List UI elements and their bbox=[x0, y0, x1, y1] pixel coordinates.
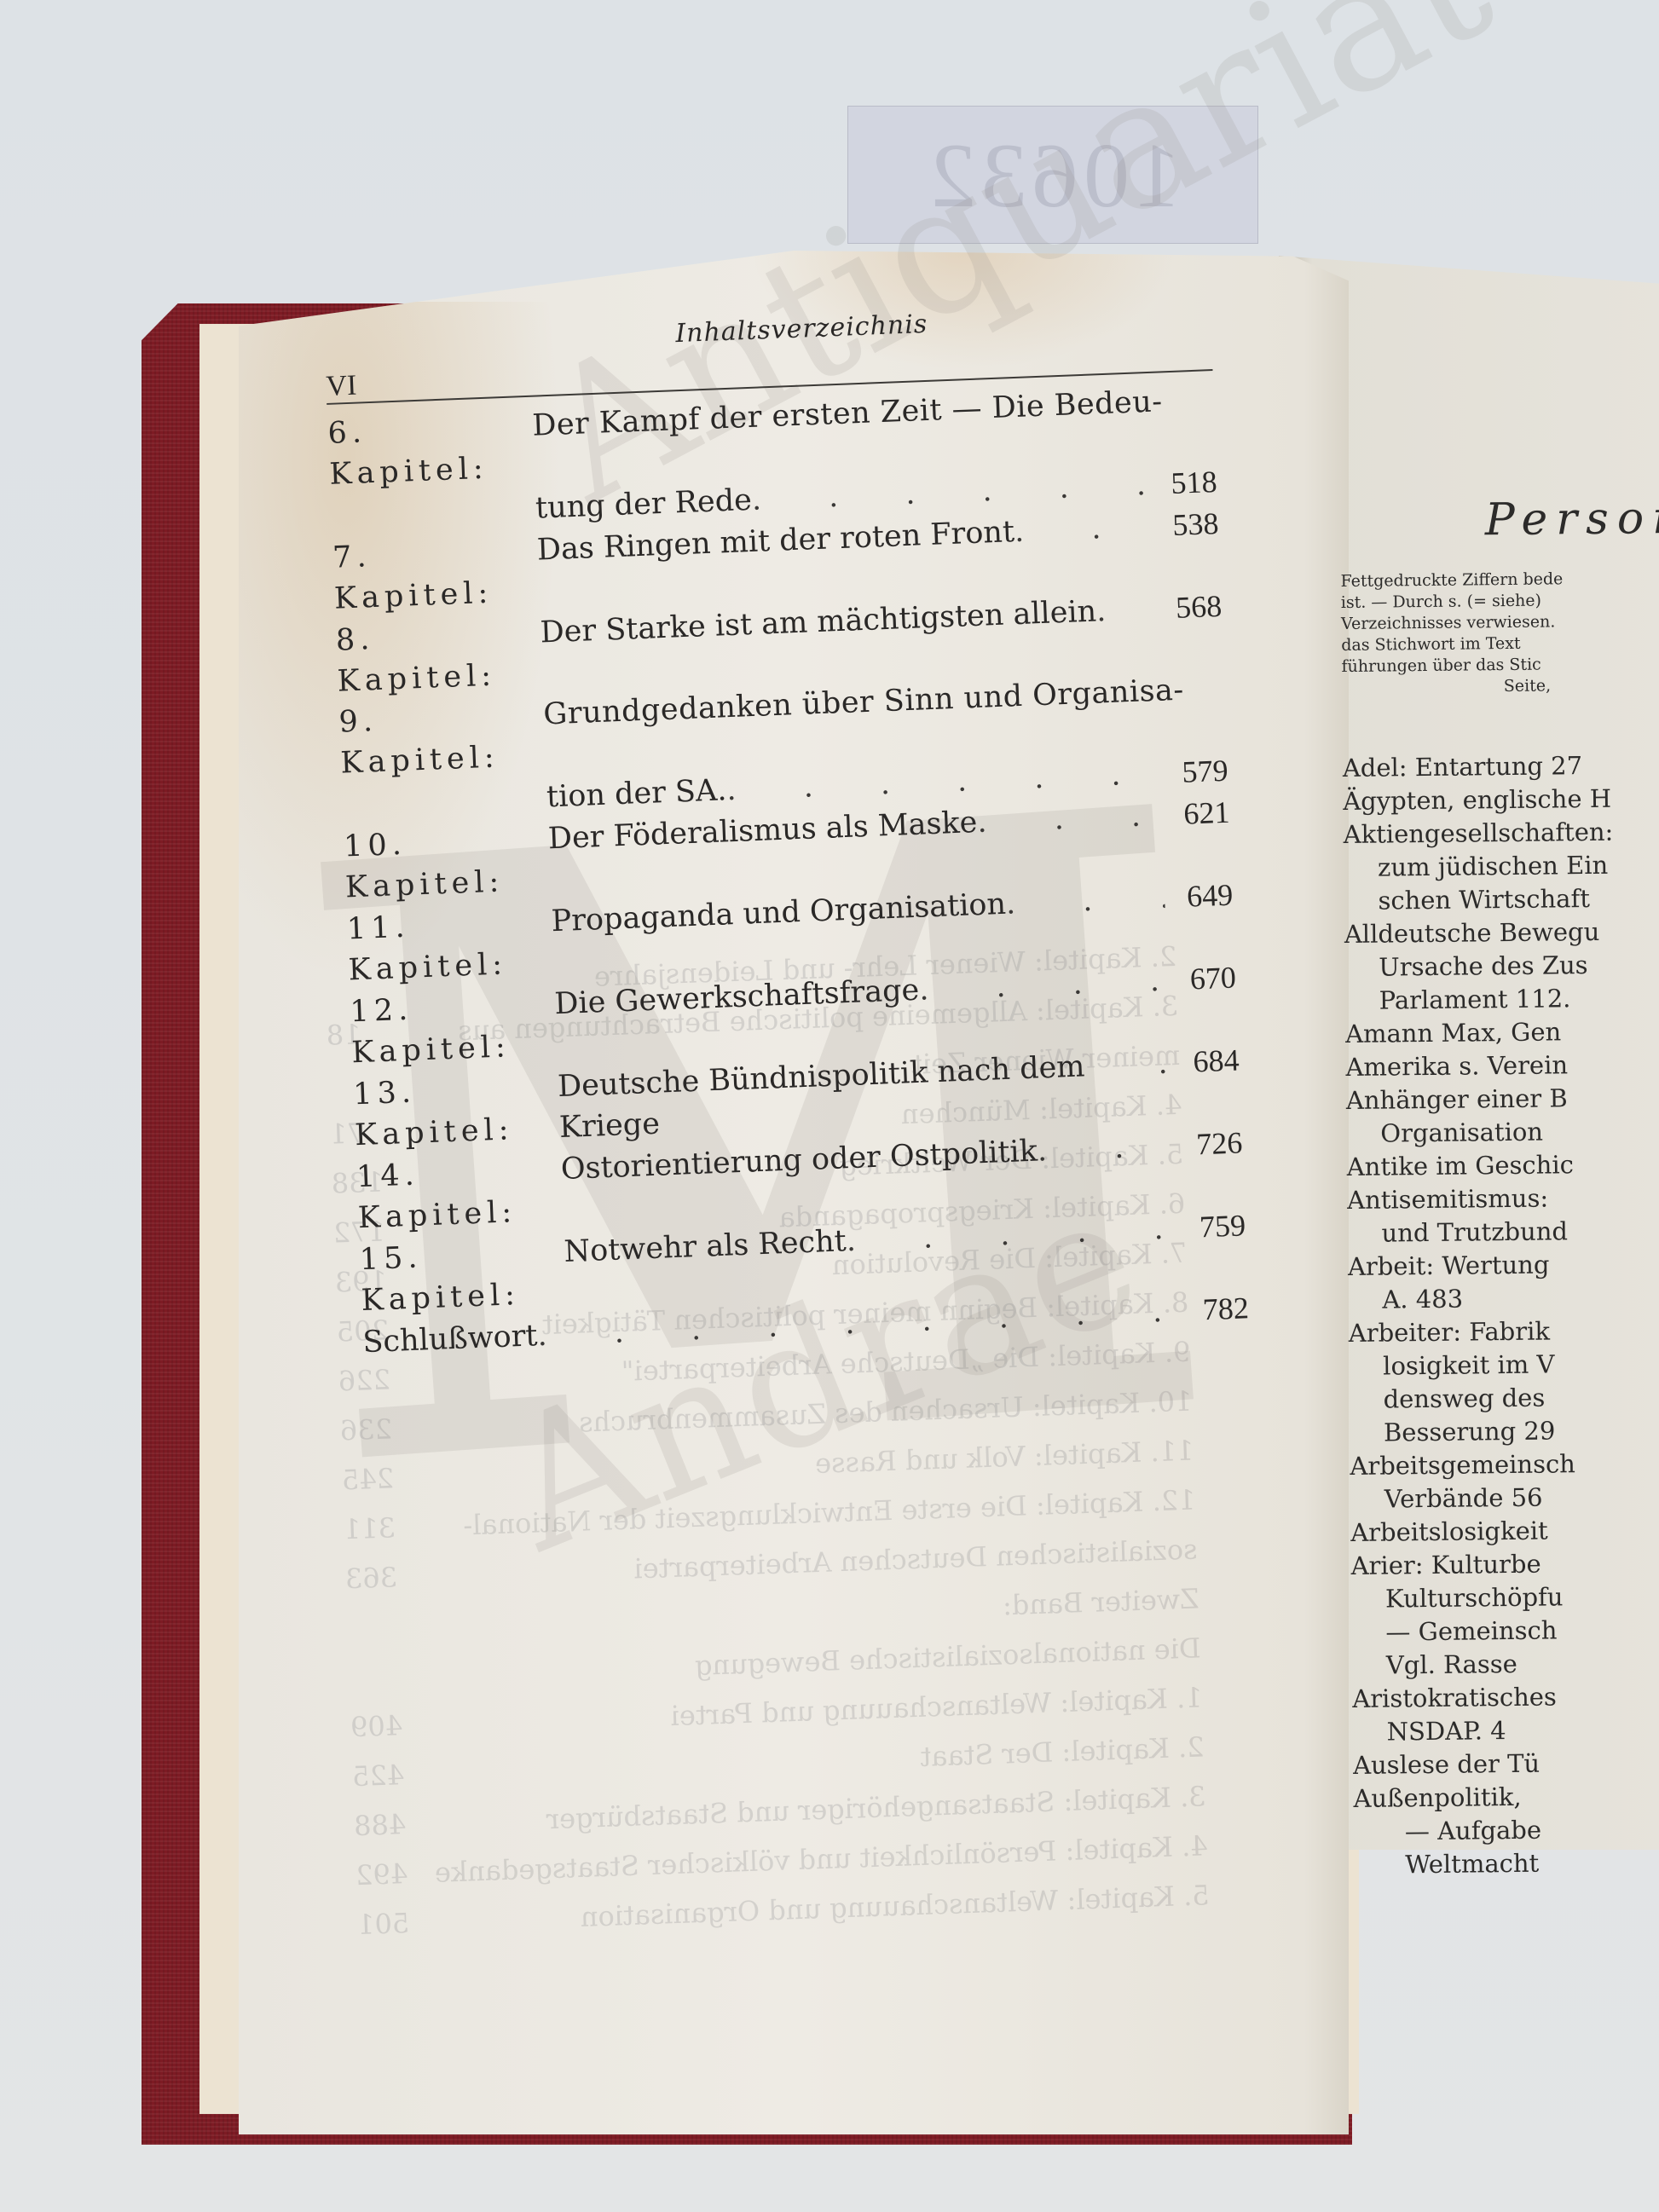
register-title: Persone bbox=[1484, 493, 1659, 546]
page-number: 726 bbox=[1173, 1122, 1243, 1165]
register-entry: Weltmacht bbox=[1354, 1845, 1659, 1882]
register-entry: schen Wirtschaft bbox=[1344, 881, 1659, 918]
register-entry: Aktiengesellschaften: bbox=[1343, 815, 1659, 852]
register-entry: Vgl. Rasse bbox=[1352, 1646, 1659, 1683]
chapter-number: 8. Kapitel: bbox=[335, 613, 543, 702]
page-number: 579 bbox=[1159, 750, 1229, 794]
chapter-title-cont: tion der SA. bbox=[546, 770, 727, 817]
page-number: 538 bbox=[1150, 503, 1220, 546]
ghost-page: 488 bbox=[353, 1808, 407, 1859]
ghost-page: 236 bbox=[339, 1412, 393, 1464]
leader-dots: . . . . . . . . . . bbox=[1095, 589, 1154, 632]
register-entry: Anhänger einer B bbox=[1346, 1081, 1659, 1118]
register-entry: Antike im Geschic bbox=[1347, 1147, 1659, 1184]
page-number: 759 bbox=[1176, 1204, 1246, 1248]
page-number: 782 bbox=[1180, 1287, 1250, 1331]
page-number: 568 bbox=[1153, 586, 1223, 629]
note-line: Verzeichnisses verwiesen. bbox=[1341, 610, 1659, 635]
register-entry: Arbeiter: Fabrik bbox=[1349, 1314, 1659, 1350]
register-entry: Adel: Entartung 27 bbox=[1343, 748, 1659, 785]
chapter-number: 14. Kapitel: bbox=[355, 1149, 564, 1239]
ghost-page: 501 bbox=[357, 1907, 411, 1958]
chapter-number: Schlußwort bbox=[362, 1315, 539, 1363]
register-entry: Amerika s. Verein bbox=[1345, 1048, 1659, 1084]
ghost-page: 363 bbox=[344, 1561, 398, 1612]
register-entry: Alldeutsche Bewegu bbox=[1344, 915, 1659, 951]
register-entry: Kulturschöpfu bbox=[1351, 1580, 1659, 1616]
inventory-sticker: 10632 bbox=[847, 106, 1258, 244]
register-entry: Arbeit: Wertung bbox=[1348, 1247, 1659, 1284]
register-entry: Arbeitslosigkeit bbox=[1350, 1513, 1659, 1550]
leader-dots: . . . . . . . . . . bbox=[918, 961, 1169, 1011]
page-folio: VI bbox=[326, 370, 357, 403]
page-number: 649 bbox=[1164, 875, 1234, 918]
chapter-number: 7. Kapitel: bbox=[332, 530, 540, 620]
toc-entries: 6. Kapitel:Der Kampf der ersten Zeit — D… bbox=[327, 379, 1250, 1363]
register-entry: und Trutzbund bbox=[1347, 1214, 1659, 1250]
register-entry: Antisemitismus: bbox=[1347, 1181, 1659, 1217]
ghost-title: Zweiter Band: bbox=[1002, 1582, 1199, 1638]
register-entry: Außenpolitik, bbox=[1353, 1779, 1659, 1816]
register-note: Fettgedruckte Ziffern bedeist. — Durch s… bbox=[1340, 568, 1659, 699]
note-line: Fettgedruckte Ziffern bede bbox=[1340, 568, 1659, 592]
register-entry: zum jüdischen Ein bbox=[1344, 848, 1659, 885]
personenregister: Persone Fettgedruckte Ziffern bedeist. —… bbox=[1339, 493, 1659, 1882]
register-entry: Amann Max, Gen bbox=[1345, 1014, 1659, 1051]
note-line: führungen über das Stic bbox=[1341, 653, 1659, 678]
register-entry: Ägypten, englische H bbox=[1343, 782, 1659, 818]
leader-dots: . . . . . . . . . . bbox=[1005, 878, 1165, 925]
ghost-page: 226 bbox=[338, 1363, 391, 1414]
register-entry: Besserung 29 bbox=[1350, 1413, 1659, 1450]
register-entry: Parlament 112. bbox=[1344, 981, 1659, 1018]
chapter-title-cont: tung der Rede bbox=[535, 480, 752, 529]
leader-dots: . . . . . . . . . . bbox=[1157, 1042, 1176, 1084]
chapter-number: 6. Kapitel: bbox=[327, 406, 535, 495]
page-number: 670 bbox=[1167, 957, 1237, 1001]
chapter-number: 12. Kapitel: bbox=[350, 984, 558, 1073]
register-entry: — Gemeinsch bbox=[1351, 1613, 1659, 1649]
inventory-number: 10632 bbox=[925, 124, 1181, 229]
page-number: 518 bbox=[1148, 461, 1218, 505]
leader-dots: . . . . . . . . . . bbox=[1037, 1125, 1175, 1171]
register-entries: Adel: Entartung 27Ägypten, englische HAk… bbox=[1343, 748, 1659, 1882]
chapter-title: Notwehr als Recht bbox=[564, 1221, 847, 1273]
chapter-number: 10. Kapitel: bbox=[343, 818, 551, 908]
leader-dots: . . . . . . . . . . bbox=[1014, 506, 1151, 552]
register-entry: Aristokratisches bbox=[1352, 1679, 1659, 1716]
page-number: 684 bbox=[1174, 1039, 1240, 1083]
register-entry: Verbände 56 bbox=[1350, 1480, 1659, 1516]
chapter-number: 11. Kapitel: bbox=[346, 901, 554, 990]
table-of-contents: Inhaltsverzeichnis VI 6. Kapitel:Der Kam… bbox=[324, 298, 1250, 1363]
register-entry: NSDAP. 4 bbox=[1352, 1712, 1659, 1749]
chapter-number: 13. Kapitel: bbox=[352, 1066, 560, 1156]
page-number: 621 bbox=[1161, 792, 1231, 835]
note-line: ist. — Durch s. (= siehe) bbox=[1341, 589, 1659, 614]
register-entry: Ursache des Zus bbox=[1344, 948, 1659, 985]
chapter-number: 15. Kapitel: bbox=[359, 1232, 567, 1321]
leader-dots: . . . . . . . . . . bbox=[976, 795, 1162, 843]
ghost-page: 425 bbox=[351, 1759, 405, 1810]
ghost-page: 311 bbox=[343, 1511, 396, 1562]
register-entry: — Aufgabe bbox=[1354, 1812, 1659, 1849]
note-line: Seite, bbox=[1342, 674, 1659, 699]
chapter-number: 9. Kapitel: bbox=[338, 694, 546, 783]
register-entry: losigkeit im V bbox=[1349, 1347, 1659, 1383]
register-entry: Organisation bbox=[1346, 1114, 1659, 1151]
ghost-page: 492 bbox=[355, 1857, 408, 1909]
register-entry: Arier: Kulturbe bbox=[1350, 1546, 1659, 1583]
ghost-page: 409 bbox=[350, 1709, 403, 1760]
register-entry: Auslese der Tü bbox=[1353, 1746, 1659, 1782]
ghost-page: 245 bbox=[341, 1462, 395, 1513]
register-entry: Arbeitsgemeinsch bbox=[1350, 1447, 1659, 1483]
note-line: das Stichwort im Text bbox=[1341, 632, 1659, 656]
register-entry: A. 483 bbox=[1348, 1280, 1659, 1317]
register-entry: densweg des bbox=[1349, 1380, 1659, 1417]
